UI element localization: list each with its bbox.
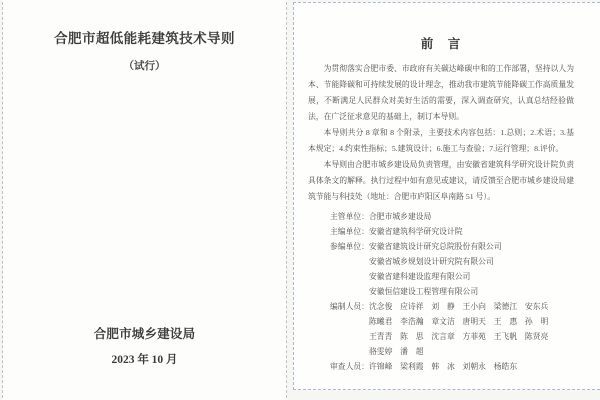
info-row-chief-editor: 主编单位： 安徽省建筑科学研究设计院: [308, 224, 574, 239]
preface-paragraph: 为贯彻落实合肥市委、市政府有关碳达峰碳中和的工作部署，坚持以人为本、节能降碳和可…: [308, 61, 574, 125]
info-row-participating-units: 参编单位： 安徽省建筑设计研究总院股份有限公司 安徽省城乡规划设计研究院有限公司…: [308, 239, 574, 299]
cover-publisher: 合肥市城乡建设局: [3, 324, 286, 342]
info-line: 骆雯婷 潘 超: [369, 344, 574, 359]
cover-page: 合肥市超低能耗建筑技术导则 （试行） 合肥市城乡建设局 2023 年 10 月: [2, 0, 287, 400]
cover-subtitle: （试行）: [3, 58, 286, 73]
info-list: 主管单位： 合肥市城乡建设局 主编单位： 安徽省建筑科学研究设计院 参编单位： …: [308, 209, 574, 374]
info-line: 安徽恒信建设工程管理有限公司: [369, 284, 574, 299]
info-values: 许锦峰 梁利霞 韩 冰 刘朝永 杨皓东: [369, 359, 574, 374]
info-row-reviewers: 审查人员： 许锦峰 梁利霞 韩 冰 刘朝永 杨皓东: [308, 359, 574, 374]
info-line: 许锦峰 梁利霞 韩 冰 刘朝永 杨皓东: [369, 359, 574, 374]
info-line: 王青青 陈 思 沈言章 方菲苑 王飞帆 陈贤亮: [369, 329, 574, 344]
info-row-competent-dept: 主管单位： 合肥市城乡建设局: [308, 209, 574, 224]
info-line: 沈念俊 应诗祥 刘 静 王小向 梁德江 安东兵: [369, 299, 574, 314]
info-line: 安徽省城乡规划设计研究院有限公司: [369, 254, 574, 269]
preface-paragraph: 本导则由合肥市城乡建设局负责管理，由安徽省建筑科学研究设计院负责具体条文的解释。…: [308, 157, 574, 205]
info-label: 主编单位：: [330, 224, 369, 239]
document-preview: 合肥市超低能耗建筑技术导则 （试行） 合肥市城乡建设局 2023 年 10 月 …: [0, 0, 600, 400]
preface-page: 前 言 为贯彻落实合肥市委、市政府有关碳达峰碳中和的工作部署，坚持以人为本、节能…: [293, 2, 600, 390]
preface-body: 为贯彻落实合肥市委、市政府有关碳达峰碳中和的工作部署，坚持以人为本、节能降碳和可…: [308, 61, 574, 205]
info-line: 安徽省建科建设监理有限公司: [369, 269, 574, 284]
info-label: 审查人员：: [330, 359, 369, 374]
preface-paragraph: 本导则共分 8 章和 8 个附录，主要技术内容包括：1.总则；2.术语；3.基本…: [308, 125, 574, 157]
info-label: 主管单位：: [330, 209, 369, 224]
info-line: 安徽省建筑科学研究设计院: [369, 224, 574, 239]
info-line: 陈曦君 李浩瀚 章文洁 唐明天 王 惠 孙 明: [369, 314, 574, 329]
info-row-compilers: 编制人员： 沈念俊 应诗祥 刘 静 王小向 梁德江 安东兵 陈曦君 李浩瀚 章文…: [308, 299, 574, 359]
cover-title: 合肥市超低能耗建筑技术导则: [3, 31, 286, 47]
preface-heading: 前 言: [308, 38, 574, 51]
cover-date: 2023 年 10 月: [3, 351, 286, 367]
info-label: 编制人员：: [330, 299, 369, 359]
info-values: 合肥市城乡建设局: [369, 209, 574, 224]
info-values: 安徽省建筑设计研究总院股份有限公司 安徽省城乡规划设计研究院有限公司 安徽省建科…: [369, 239, 574, 299]
info-line: 合肥市城乡建设局: [369, 209, 574, 224]
info-line: 安徽省建筑设计研究总院股份有限公司: [369, 239, 574, 254]
info-label: 参编单位：: [330, 239, 369, 299]
info-values: 沈念俊 应诗祥 刘 静 王小向 梁德江 安东兵 陈曦君 李浩瀚 章文洁 唐明天 …: [369, 299, 574, 359]
info-values: 安徽省建筑科学研究设计院: [369, 224, 574, 239]
